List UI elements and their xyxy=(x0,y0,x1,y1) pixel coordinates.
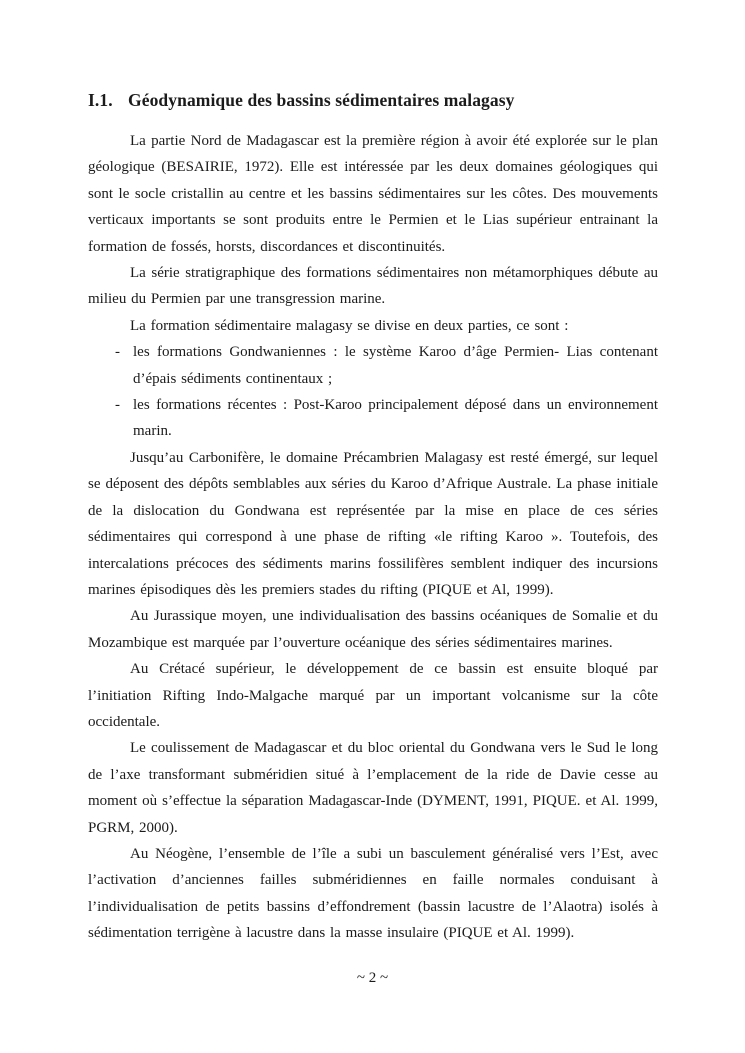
paragraph-body-4: Le coulissement de Madagascar et du bloc… xyxy=(88,735,658,841)
paragraph-body-5: Au Néogène, l’ensemble de l’île a subi u… xyxy=(88,841,658,947)
section-number: I.1. xyxy=(88,88,128,112)
paragraph-intro-3: La formation sédimentaire malagasy se di… xyxy=(88,313,658,339)
list-dash-marker: - xyxy=(115,392,133,445)
list-item-text: les formations Gondwaniennes : le systèm… xyxy=(133,339,658,392)
document-page: I.1. Géodynamique des bassins sédimentai… xyxy=(0,0,745,1053)
section-title: Géodynamique des bassins sédimentaires m… xyxy=(128,88,658,112)
list-item-text: les formations récentes : Post-Karoo pri… xyxy=(133,392,658,445)
paragraph-body-1: Jusqu’au Carbonifère, le domaine Précamb… xyxy=(88,445,658,603)
formation-list: - les formations Gondwaniennes : le syst… xyxy=(88,339,658,445)
page-number: ~ 2 ~ xyxy=(0,968,745,988)
page-content: I.1. Géodynamique des bassins sédimentai… xyxy=(88,88,658,947)
paragraph-intro-2: La série stratigraphique des formations … xyxy=(88,260,658,313)
list-item: - les formations récentes : Post-Karoo p… xyxy=(115,392,658,445)
paragraph-body-2: Au Jurassique moyen, une individualisati… xyxy=(88,603,658,656)
list-item: - les formations Gondwaniennes : le syst… xyxy=(115,339,658,392)
list-dash-marker: - xyxy=(115,339,133,392)
paragraph-intro-1: La partie Nord de Madagascar est la prem… xyxy=(88,128,658,260)
paragraph-body-3: Au Crétacé supérieur, le développement d… xyxy=(88,656,658,735)
section-heading: I.1. Géodynamique des bassins sédimentai… xyxy=(88,88,658,112)
